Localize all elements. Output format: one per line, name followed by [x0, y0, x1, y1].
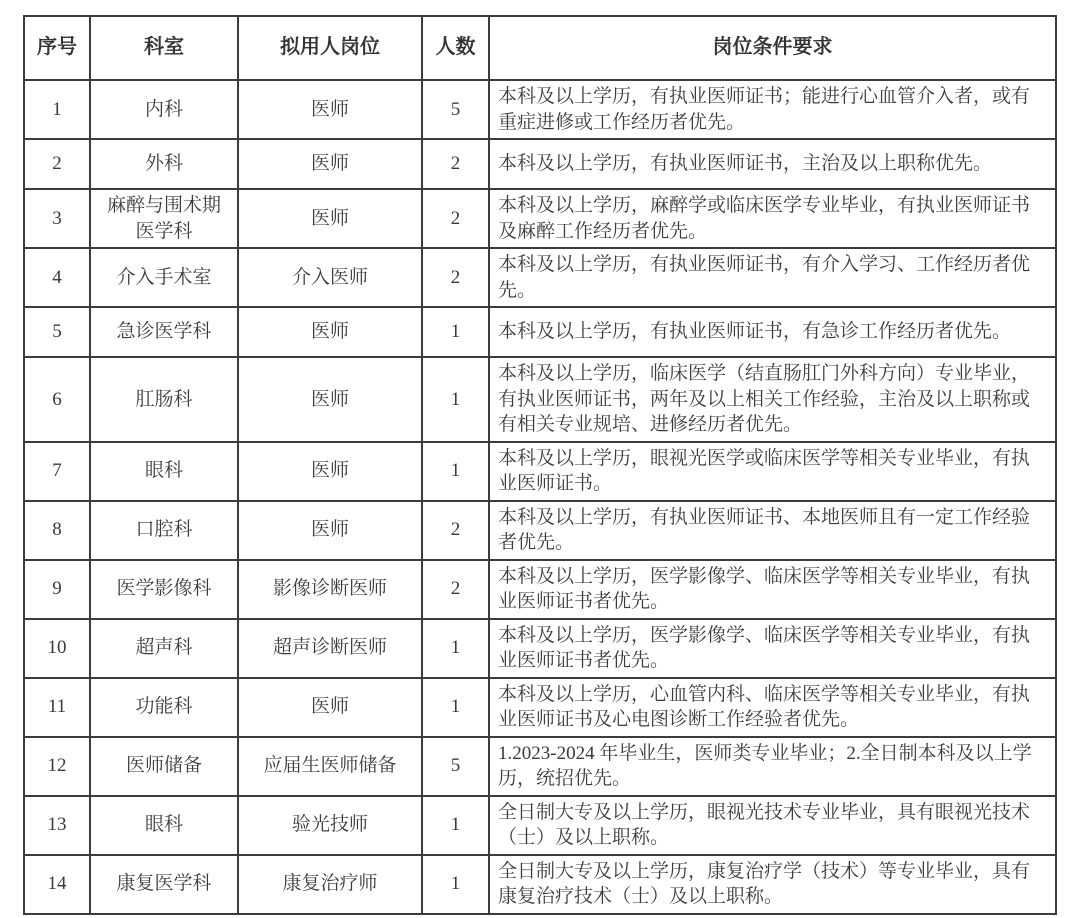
header-department: 科室 [90, 16, 238, 80]
position-cell: 医师 [238, 80, 422, 139]
table-row: 5急诊医学科医师1本科及以上学历，有执业医师证书，有急诊工作经历者优先。 [24, 307, 1056, 357]
position-cell: 医师 [238, 442, 422, 501]
row-number-cell: 11 [24, 678, 90, 737]
table-header-row: 序号 科室 拟用人岗位 人数 岗位条件要求 [24, 16, 1056, 80]
table-row: 1内科医师5本科及以上学历，有执业医师证书；能进行心血管介入者，或有重症进修或工… [24, 80, 1056, 139]
table-row: 6肛肠科医师1本科及以上学历，临床医学（结直肠肛门外科方向）专业毕业，有执业医师… [24, 357, 1056, 442]
requirements-cell: 本科及以上学历，有执业医师证书；能进行心血管介入者，或有重症进修或工作经历者优先… [489, 80, 1056, 139]
row-number-cell: 13 [24, 796, 90, 855]
headcount-cell: 1 [422, 855, 489, 914]
row-number-cell: 4 [24, 248, 90, 307]
department-cell: 介入手术室 [90, 248, 238, 307]
row-number-cell: 5 [24, 307, 90, 357]
table-row: 3麻醉与围术期医学科医师2本科及以上学历，麻醉学或临床医学专业毕业，有执业医师证… [24, 189, 1056, 248]
requirements-cell: 全日制大专及以上学历，康复治疗学（技术）等专业毕业，具有康复治疗技术（士）及以上… [489, 855, 1056, 914]
headcount-cell: 2 [422, 501, 489, 560]
requirements-cell: 本科及以上学历，麻醉学或临床医学专业毕业，有执业医师证书及麻醉工作经历者优先。 [489, 189, 1056, 248]
row-number-cell: 7 [24, 442, 90, 501]
requirements-cell: 1.2023-2024 年毕业生，医师类专业毕业；2.全日制本科及以上学历，统招… [489, 737, 1056, 796]
row-number-cell: 6 [24, 357, 90, 442]
requirements-cell: 本科及以上学历，有执业医师证书，有急诊工作经历者优先。 [489, 307, 1056, 357]
department-cell: 医师储备 [90, 737, 238, 796]
headcount-cell: 1 [422, 357, 489, 442]
header-position: 拟用人岗位 [238, 16, 422, 80]
department-cell: 功能科 [90, 678, 238, 737]
headcount-cell: 1 [422, 796, 489, 855]
row-number-cell: 3 [24, 189, 90, 248]
position-cell: 影像诊断医师 [238, 560, 422, 619]
position-cell: 医师 [238, 139, 422, 189]
recruitment-table: 序号 科室 拟用人岗位 人数 岗位条件要求 1内科医师5本科及以上学历，有执业医… [23, 15, 1057, 915]
requirements-cell: 本科及以上学历，有执业医师证书、本地医师且有一定工作经验者优先。 [489, 501, 1056, 560]
position-cell: 医师 [238, 678, 422, 737]
headcount-cell: 2 [422, 248, 489, 307]
table-row: 10超声科超声诊断医师1本科及以上学历，医学影像学、临床医学等相关专业毕业，有执… [24, 619, 1056, 678]
department-cell: 外科 [90, 139, 238, 189]
headcount-cell: 5 [422, 737, 489, 796]
requirements-cell: 本科及以上学历，心血管内科、临床医学等相关专业毕业，有执业医师证书及心电图诊断工… [489, 678, 1056, 737]
headcount-cell: 2 [422, 560, 489, 619]
headcount-cell: 1 [422, 307, 489, 357]
department-cell: 眼科 [90, 796, 238, 855]
row-number-cell: 2 [24, 139, 90, 189]
headcount-cell: 1 [422, 678, 489, 737]
row-number-cell: 8 [24, 501, 90, 560]
table-row: 4介入手术室介入医师2本科及以上学历，有执业医师证书，有介入学习、工作经历者优先… [24, 248, 1056, 307]
requirements-cell: 全日制大专及以上学历，眼视光技术专业毕业，具有眼视光技术（士）及以上职称。 [489, 796, 1056, 855]
row-number-cell: 1 [24, 80, 90, 139]
position-cell: 医师 [238, 357, 422, 442]
position-cell: 超声诊断医师 [238, 619, 422, 678]
department-cell: 康复医学科 [90, 855, 238, 914]
table-row: 8口腔科医师2本科及以上学历，有执业医师证书、本地医师且有一定工作经验者优先。 [24, 501, 1056, 560]
department-cell: 麻醉与围术期医学科 [90, 189, 238, 248]
requirements-cell: 本科及以上学历，有执业医师证书，主治及以上职称优先。 [489, 139, 1056, 189]
requirements-cell: 本科及以上学历，医学影像学、临床医学等相关专业毕业，有执业医师证书者优先。 [489, 560, 1056, 619]
department-cell: 急诊医学科 [90, 307, 238, 357]
department-cell: 内科 [90, 80, 238, 139]
table-row: 7眼科医师1本科及以上学历，眼视光医学或临床医学等相关专业毕业，有执业医师证书。 [24, 442, 1056, 501]
recruitment-notice-page: 序号 科室 拟用人岗位 人数 岗位条件要求 1内科医师5本科及以上学历，有执业医… [0, 0, 1080, 918]
position-cell: 应届生医师储备 [238, 737, 422, 796]
department-cell: 口腔科 [90, 501, 238, 560]
table-row: 12医师储备应届生医师储备51.2023-2024 年毕业生，医师类专业毕业；2… [24, 737, 1056, 796]
table-row: 14康复医学科康复治疗师1全日制大专及以上学历，康复治疗学（技术）等专业毕业，具… [24, 855, 1056, 914]
header-requirements: 岗位条件要求 [489, 16, 1056, 80]
position-cell: 验光技师 [238, 796, 422, 855]
header-count: 人数 [422, 16, 489, 80]
row-number-cell: 12 [24, 737, 90, 796]
table-row: 13眼科验光技师1全日制大专及以上学历，眼视光技术专业毕业，具有眼视光技术（士）… [24, 796, 1056, 855]
headcount-cell: 2 [422, 139, 489, 189]
table-row: 2外科医师2本科及以上学历，有执业医师证书，主治及以上职称优先。 [24, 139, 1056, 189]
row-number-cell: 9 [24, 560, 90, 619]
row-number-cell: 14 [24, 855, 90, 914]
department-cell: 眼科 [90, 442, 238, 501]
row-number-cell: 10 [24, 619, 90, 678]
department-cell: 医学影像科 [90, 560, 238, 619]
headcount-cell: 5 [422, 80, 489, 139]
position-cell: 医师 [238, 189, 422, 248]
requirements-cell: 本科及以上学历，有执业医师证书，有介入学习、工作经历者优先。 [489, 248, 1056, 307]
requirements-cell: 本科及以上学历，医学影像学、临床医学等相关专业毕业，有执业医师证书者优先。 [489, 619, 1056, 678]
position-cell: 医师 [238, 307, 422, 357]
headcount-cell: 1 [422, 619, 489, 678]
headcount-cell: 2 [422, 189, 489, 248]
header-no: 序号 [24, 16, 90, 80]
position-cell: 康复治疗师 [238, 855, 422, 914]
table-row: 11功能科医师1本科及以上学历，心血管内科、临床医学等相关专业毕业，有执业医师证… [24, 678, 1056, 737]
position-cell: 医师 [238, 501, 422, 560]
requirements-cell: 本科及以上学历，眼视光医学或临床医学等相关专业毕业，有执业医师证书。 [489, 442, 1056, 501]
position-cell: 介入医师 [238, 248, 422, 307]
headcount-cell: 1 [422, 442, 489, 501]
requirements-cell: 本科及以上学历，临床医学（结直肠肛门外科方向）专业毕业，有执业医师证书，两年及以… [489, 357, 1056, 442]
department-cell: 超声科 [90, 619, 238, 678]
table-row: 9医学影像科影像诊断医师2本科及以上学历，医学影像学、临床医学等相关专业毕业，有… [24, 560, 1056, 619]
department-cell: 肛肠科 [90, 357, 238, 442]
